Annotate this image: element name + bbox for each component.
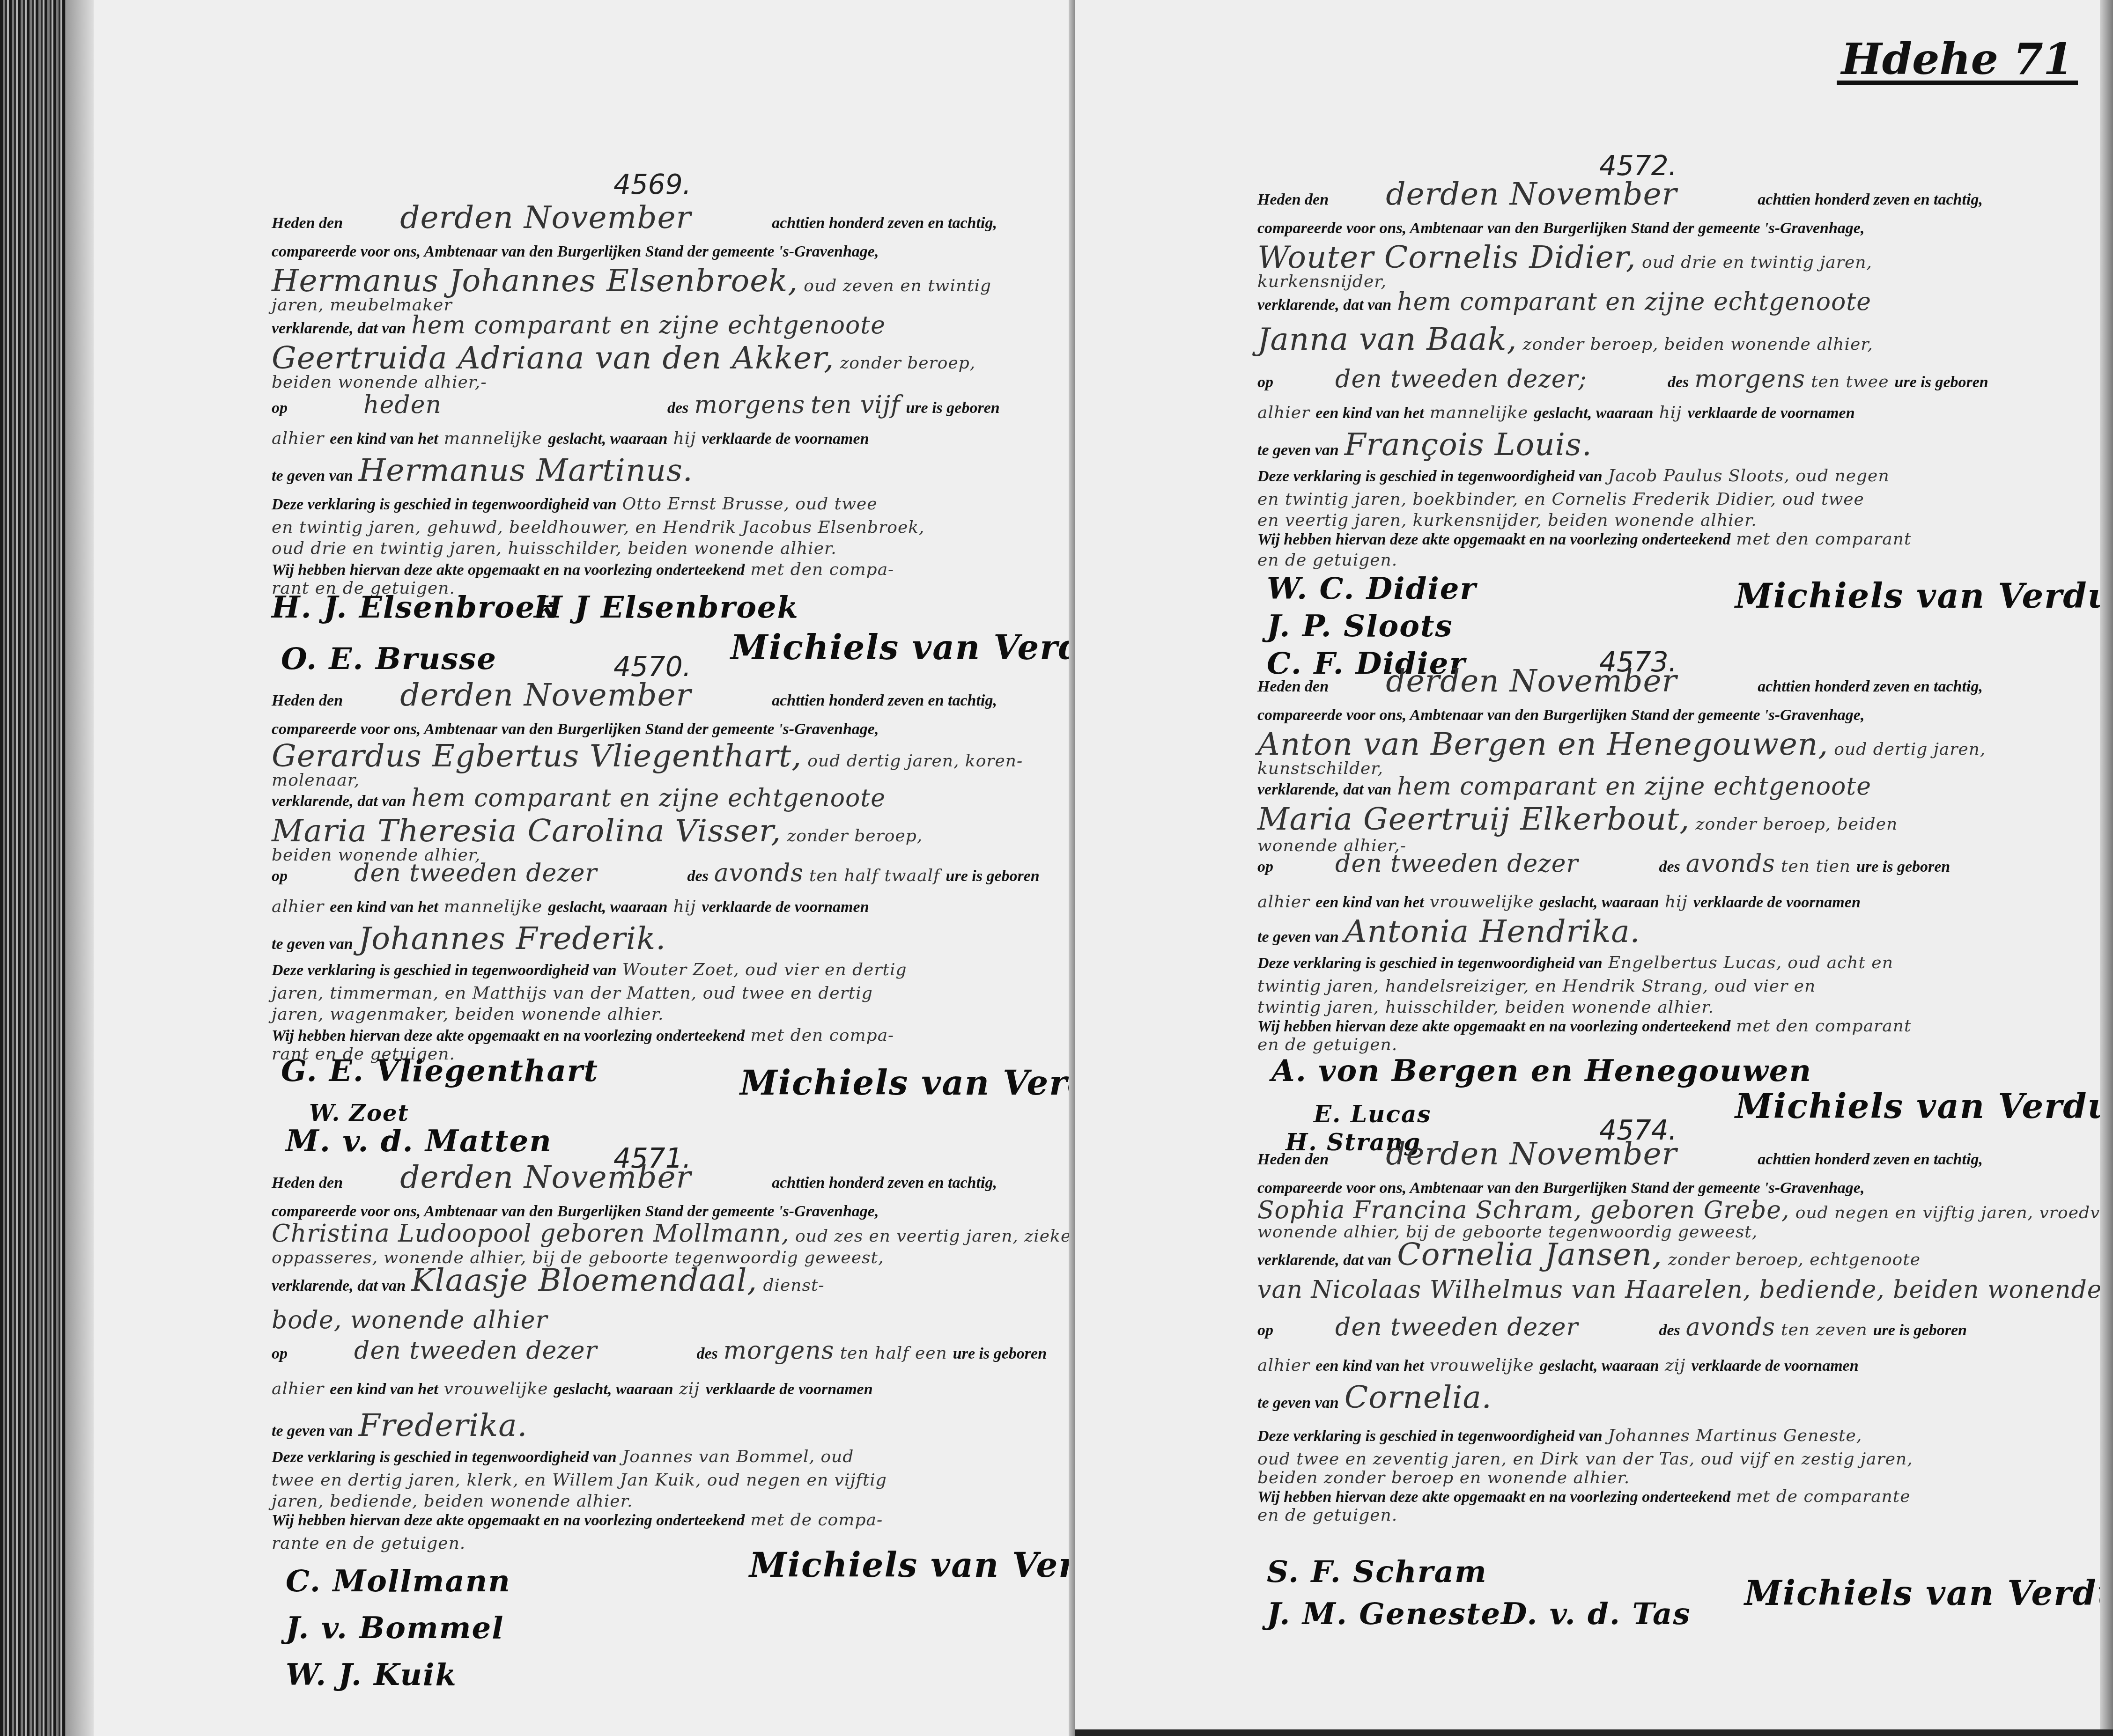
date-handwritten: derden November [400,199,691,235]
register-spread: 4569. Heden den derden November achttien… [0,0,2113,1736]
book-page-edges [0,0,66,1736]
mother-name: Cornelia Jansen, [1397,1236,1662,1273]
mother-line: Janna van Baak, zonder beroep, beiden wo… [1257,323,2113,356]
date-line: Heden den derden November achttien honde… [1257,665,2113,698]
parent-line: verklarende, dat van hem comparant en zi… [272,309,1161,342]
child-name: Hermanus Martinus. [359,452,693,488]
page-edge-right [2100,0,2113,1736]
child-name: Frederika. [359,1407,528,1443]
date-handwritten: derden November [400,1159,691,1195]
mother-name: Janna van Baak, [1257,321,1517,357]
child-name: Antonia Hendrika. [1345,913,1640,949]
mother-line: verklarende, dat van Cornelia Jansen, zo… [1257,1238,2113,1271]
parent-line: verklarende, dat van hem comparant en zi… [1257,770,2113,803]
child-names-line: te geven van Frederika. [272,1409,1161,1442]
date-handwritten: derden November [1386,1136,1677,1172]
signature: H J Elsenbroek [534,590,799,625]
appearance-line: compareerde voor ons, Ambtenaar van den … [272,234,1161,267]
birth-time-line: op den tweeden dezer; des morgens ten tw… [1257,363,2113,396]
right-page: Hdehe 71 4572. Heden den derden November… [1075,0,2113,1736]
date-handwritten: derden November [1386,663,1677,699]
signature: J. P. Sloots [1267,609,1453,644]
child-name: Cornelia. [1345,1379,1492,1415]
child-names-line: te geven van Johannes Frederik. [272,922,1161,955]
child-names-line: te geven van Cornelia. [1257,1381,2113,1414]
parent-line: verklarende, dat van hem comparant en zi… [1257,286,2113,318]
signature: J. v. Bommel [286,1611,504,1646]
sex-line: alhier een kind van het vrouwelijke gesl… [1257,1348,2113,1381]
signature: H. J. Elsenbroek [272,590,557,625]
child-name: Johannes Frederik. [359,920,666,956]
sex-line: alhier een kind van het mannelijke gesla… [272,421,1161,454]
registrar-signature: Michiels van Verduynen [1744,1573,2113,1613]
child-names-line: te geven van François Louis. [1257,428,2113,461]
signature: W. C. Didier [1267,571,1477,606]
birth-record-4573: 4573. Heden den derden November achttien… [1257,646,2113,1114]
date-handwritten: derden November [1386,176,1677,212]
child-names-line: te geven van Hermanus Martinus. [272,454,1161,487]
signature: J. M. Geneste [1267,1596,1501,1632]
date-line: Heden den derden November achttien honde… [1257,178,2113,211]
registrar-signature: Michiels van Verduynen [1735,576,2113,616]
date-line: Heden den derden November achttien honde… [272,201,1161,234]
birth-record-4572: 4572. Heden den derden November achttien… [1257,150,2113,646]
child-name: François Louis. [1345,427,1592,463]
birth-record-4570: 4570. Heden den derden November achttien… [272,651,1161,1142]
signature: S. F. Schram [1267,1554,1487,1589]
signature: C. Mollmann [286,1564,511,1599]
sex-line: alhier een kind van het vrouwelijke gesl… [1257,885,2113,918]
signature: D. v. d. Tas [1501,1596,1691,1632]
child-names-line: te geven van Antonia Hendrika. [1257,915,2113,948]
mother-line: verklarende, dat van Klaasje Bloemendaal… [272,1264,1161,1297]
sex-line: alhier een kind van het mannelijke gesla… [1257,396,2113,428]
left-page: 4569. Heden den derden November achttien… [94,0,1072,1736]
page-edge-bottom [1075,1729,2113,1736]
date-line: Heden den derden November achttien honde… [272,679,1161,712]
appearance-line: compareerde voor ons, Ambtenaar van den … [1257,698,2113,730]
birth-record-4571: 4571. Heden den derden November achttien… [272,1142,1161,1704]
sex-line: alhier een kind van het mannelijke gesla… [272,890,1161,922]
appearance-line: compareerde voor ons, Ambtenaar van den … [1257,211,2113,243]
birth-record-4574: 4574. Heden den derden November achttien… [1257,1114,2113,1699]
parent-line: verklarende, dat van hem comparant en zi… [272,782,1161,815]
signature: W. Zoet [309,1100,409,1126]
birth-time-line: op heden des morgens ten vijf ure is geb… [272,389,1161,421]
date-line: Heden den derden November achttien honde… [272,1161,1161,1194]
birth-time-line: op den tweeden dezer des avonds ten tien… [1257,847,2113,880]
record-number: 4569. [613,169,691,200]
folio-number: Hdehe 71 [1837,37,2078,85]
birth-time-line: op den tweeden dezer des avonds ten zeve… [1257,1311,2113,1344]
birth-time-line: op den tweeden dezer des morgens ten hal… [272,1334,1161,1367]
sex-line: alhier een kind van het vrouwelijke gesl… [272,1372,1161,1405]
date-handwritten: derden November [400,677,691,713]
birth-time-line: op den tweeden dezer des avonds ten half… [272,857,1161,890]
signature: A. von Bergen en Henegouwen [1271,1053,1812,1089]
date-line: Heden den derden November achttien honde… [1257,1138,2113,1170]
signature: W. J. Kuik [286,1657,457,1692]
signature: G. E. Vliegenthart [281,1053,598,1089]
birth-record-4569: 4569. Heden den derden November achttien… [272,169,1161,637]
mother-name: Klaasje Bloemendaal, [411,1262,757,1298]
